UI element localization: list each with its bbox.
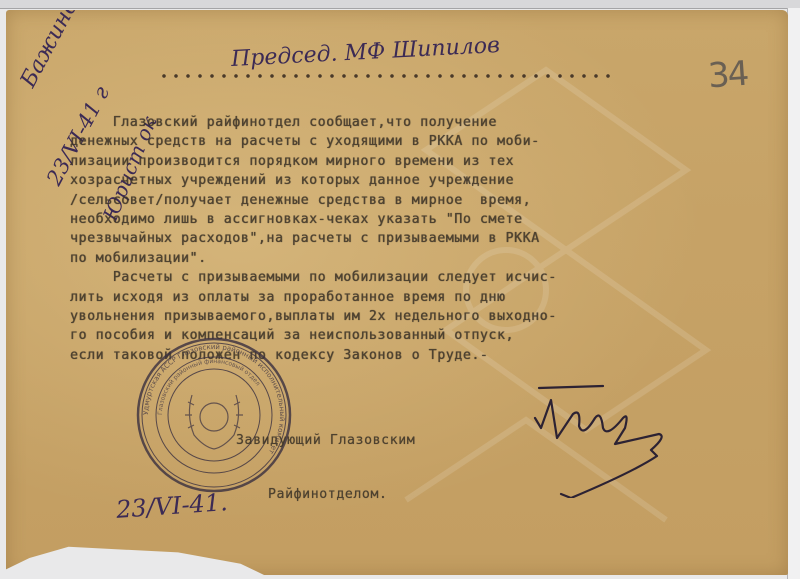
typed-letter-body: Глазовский райфинотдел сообщает,что полу… [70,113,790,365]
body-line: необходимо лишь в ассигновках-чеках указ… [70,210,790,229]
body-line: по мобилизации". [70,249,790,268]
body-line: лизации производится порядком мирного вр… [70,152,790,171]
signatory-title: Завидующий Глазовским Райфинотделом. [236,396,415,540]
signatory-title-line2: Райфинотделом. [236,486,415,504]
viewer-top-border [0,0,800,9]
body-line: хозрасчетных учреждений из которых данно… [70,171,790,190]
body-line: денежных средств на расчеты с уходящими … [70,132,790,151]
viewer-right-border [787,8,800,579]
page-number: 34 [707,54,749,97]
body-line: лить исходя из оплаты за проработанное в… [70,288,790,307]
bottom-handwritten-date: 23/VI-41. [115,488,228,524]
margin-note-name: Бажино [16,0,83,92]
handwritten-recipient: Председ. МФ Шипилов [231,33,501,72]
body-line: /сельсовет/получает денежные средства в … [70,191,790,210]
handwritten-signature-icon [511,378,711,498]
body-line: Глазовский райфинотдел сообщает,что полу… [70,113,790,132]
signatory-title-line1: Завидующий Глазовским [236,432,415,450]
addressee-dotted-line [158,74,613,78]
archival-document-page: Председ. МФ Шипилов Бажино 23/VI-41 г Юр… [6,10,788,575]
body-line: увольнения призываемого,выплаты им 2х не… [70,307,790,326]
body-line: Расчеты с призываемыми по мобилизации сл… [70,268,790,287]
body-line: чрезвычайных расходов",на расчеты с приз… [70,229,790,248]
